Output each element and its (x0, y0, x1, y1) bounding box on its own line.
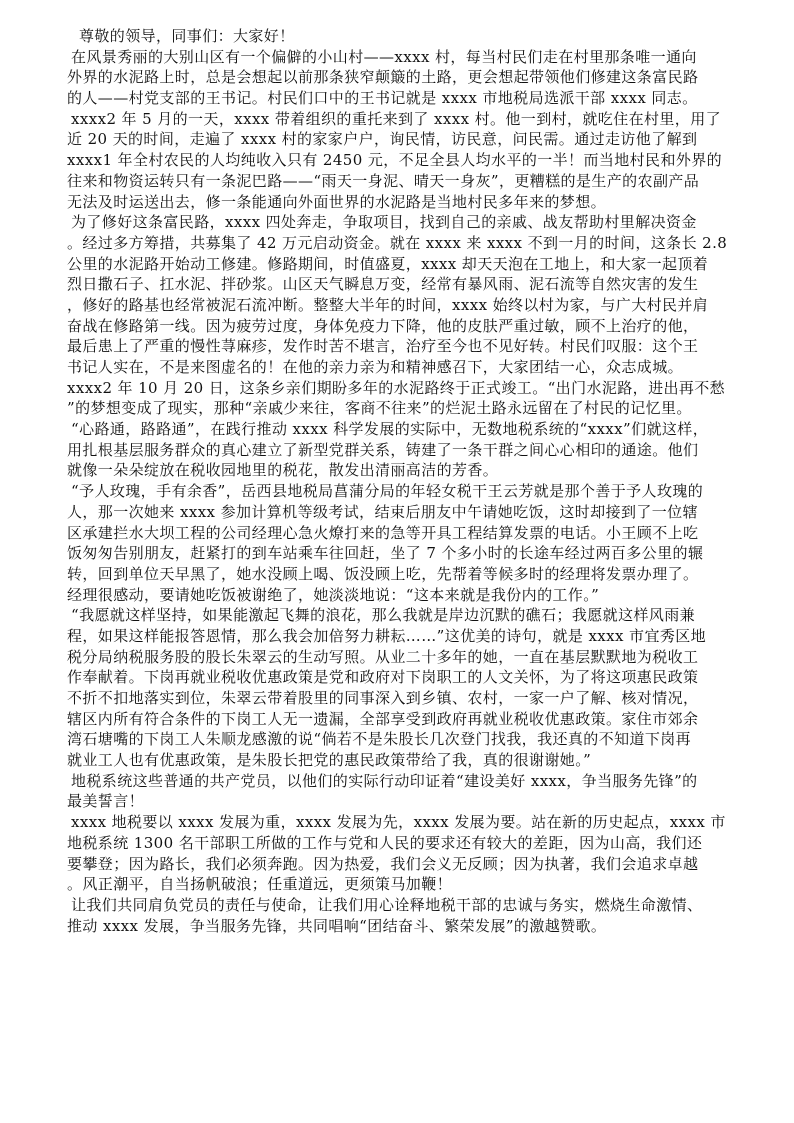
text-line: 让我们共同肩负党员的责任与使命，让我们用心诠释地税干部的忠诚与务实，燃烧生命激情… (67, 895, 727, 916)
greeting-line: 尊敬的领导，同事们：大家好！ (67, 26, 727, 47)
text-line: “我愿就这样坚持，如果能激起飞舞的浪花，那么我就是岸边沉默的礁石；我愿就这样风雨… (67, 605, 727, 626)
text-line: 书记人实在，不是来图虚名的！在他的亲力亲为和精神感召下，大家团结一心，众志成城。 (67, 357, 727, 378)
text-line: 奋战在修路第一线。因为疲劳过度，身体免疫力下降，他的皮肤严重过敏，顾不上治疗的他… (67, 316, 727, 337)
text-line: 税分局纳税服务股的股长朱翠云的生动写照。从业二十多年的她，一直在基层默默地为税收… (67, 647, 727, 668)
text-line: 就业工人也有优惠政策，是朱股长把党的惠民政策带给了我，真的很谢谢她。” (67, 750, 727, 771)
text-line: 烈日撒石子、扛水泥、拌砂浆。山区天气瞬息万变，经常有暴风雨、泥石流等自然灾害的发… (67, 274, 727, 295)
text-line: 程，如果这样能报答恩情，那么我会加倍努力耕耘……”这优美的诗句，就是 xxxx … (67, 626, 727, 647)
text-line: 作奉献着。下岗再就业税收优惠政策是党和政府对下岗职工的人文关怀，为了将这项惠民政… (67, 667, 727, 688)
text-line: 外界的水泥路上时，总是会想起以前那条狭窄颠簸的土路，更会想起带领他们修建这条富民… (67, 67, 727, 88)
text-line: 往来和物资运转只有一条泥巴路——“雨天一身泥、晴天一身灰”，更糟糕的是生产的农副… (67, 171, 727, 192)
text-line: 无法及时运送出去，修一条能通向外面世界的水泥路是当地村民多年来的梦想。 (67, 192, 727, 213)
text-line: 湾石塘嘴的下岗工人朱顺龙感激的说“倘若不是朱股长几次登门找我，我还真的不知道下岗… (67, 729, 727, 750)
text-line: 最后患上了严重的慢性荨麻疹，发作时苦不堪言，治疗至今也不见好转。村民们叹服：这个… (67, 336, 727, 357)
text-line: 人，那一次她来 xxxx 参加计算机等级考试，结束后朋友中午请她吃饭，这时却接到… (67, 502, 727, 523)
text-line: ”的梦想变成了现实，那种“亲戚少来往，客商不往来”的烂泥土路永远留在了村民的记忆… (67, 398, 727, 419)
text-line: xxxx 地税要以 xxxx 发展为重，xxxx 发展为先，xxxx 发展为要。… (67, 812, 727, 833)
text-line: 在风景秀丽的大别山区有一个偏僻的小山村——xxxx 村，每当村民们走在村里那条唯… (67, 47, 727, 68)
text-line: 区承建拦水大坝工程的公司经理心急火燎打来的急等开具工程结算发票的电话。小王顾不上… (67, 523, 727, 544)
text-line: “心路通，路路通”，在践行推动 xxxx 科学发展的实际中，无数地税系统的“xx… (67, 419, 727, 440)
text-line: 要攀登；因为路长，我们必须奔跑。因为热爱，我们会义无反顾；因为执著，我们会追求卓… (67, 854, 727, 875)
text-line: 经理很感动，要请她吃饭被谢绝了，她淡淡地说：“这本来就是我份内的工作。” (67, 585, 727, 606)
text-line: 不折不扣地落实到位，朱翠云带着股里的同事深入到乡镇、农村，一家一户了解、核对情况… (67, 688, 727, 709)
text-line: ，修好的路基也经常被泥石流冲断。整整大半年的时间，xxxx 始终以村为家，与广大… (67, 295, 727, 316)
text-line: 饭匆匆告别朋友，赶紧打的到车站乘车往回赶，坐了 7 个多小时的长途车经过两百多公… (67, 543, 727, 564)
text-line: 转，回到单位天早黑了，她水没顾上喝、饭没顾上吃，先帮着等候多时的经理将发票办理了… (67, 564, 727, 585)
text-line: xxxx2 年 10 月 20 日，这条乡亲们期盼多年的水泥路终于正式竣工。“出… (67, 378, 727, 399)
text-line: xxxx1 年全村农民的人均纯收入只有 2450 元，不足全县人均水平的一半！而… (67, 150, 727, 171)
text-line: 地税系统这些普通的共产党员，以他们的实际行动印证着“建设美好 xxxx，争当服务… (67, 771, 727, 792)
text-line: 辖区内所有符合条件的下岗工人无一遗漏，全部享受到政府再就业税收优惠政策。家住市郊… (67, 709, 727, 730)
text-line: 公里的水泥路开始动工修建。修路期间，时值盛夏，xxxx 却天天泡在工地上，和大家… (67, 254, 727, 275)
text-line: 用扎根基层服务群众的真心建立了新型党群关系，铸建了一条干群之间心心相印的通途。他… (67, 440, 727, 461)
text-line: 。风正潮平，自当扬帆破浪；任重道远，更须策马加鞭！ (67, 874, 727, 895)
text-line: 最美誓言！ (67, 791, 727, 812)
text-line: 就像一朵朵绽放在税收园地里的税花，散发出清丽高洁的芳香。 (67, 460, 727, 481)
text-line: 为了修好这条富民路，xxxx 四处奔走，争取项目，找到自己的亲戚、战友帮助村里解… (67, 212, 727, 233)
text-line: 推动 xxxx 发展，争当服务先锋，共同唱响“团结奋斗、繁荣发展”的激越赞歌。 (67, 916, 727, 937)
text-line: 的人——村党支部的王书记。村民们口中的王书记就是 xxxx 市地税局选派干部 x… (67, 88, 727, 109)
text-line: 近 20 天的时间，走遍了 xxxx 村的家家户户，询民情，访民意，问民需。通过… (67, 129, 727, 150)
text-line: “予人玫瑰，手有余香”，岳西县地税局菖蒲分局的年轻女税干王云芳就是那个善于予人玫… (67, 481, 727, 502)
text-line: xxxx2 年 5 月的一天，xxxx 带着组织的重托来到了 xxxx 村。他一… (67, 109, 727, 130)
text-line: 地税系统 1300 名干部职工所做的工作与党和人民的要求还有较大的差距，因为山高… (67, 833, 727, 854)
document-page: 尊敬的领导，同事们：大家好！ 在风景秀丽的大别山区有一个偏僻的小山村——xxxx… (67, 26, 727, 936)
text-line: 。经过多方筹措，共募集了 42 万元启动资金。就在 xxxx 来 xxxx 不到… (67, 233, 727, 254)
